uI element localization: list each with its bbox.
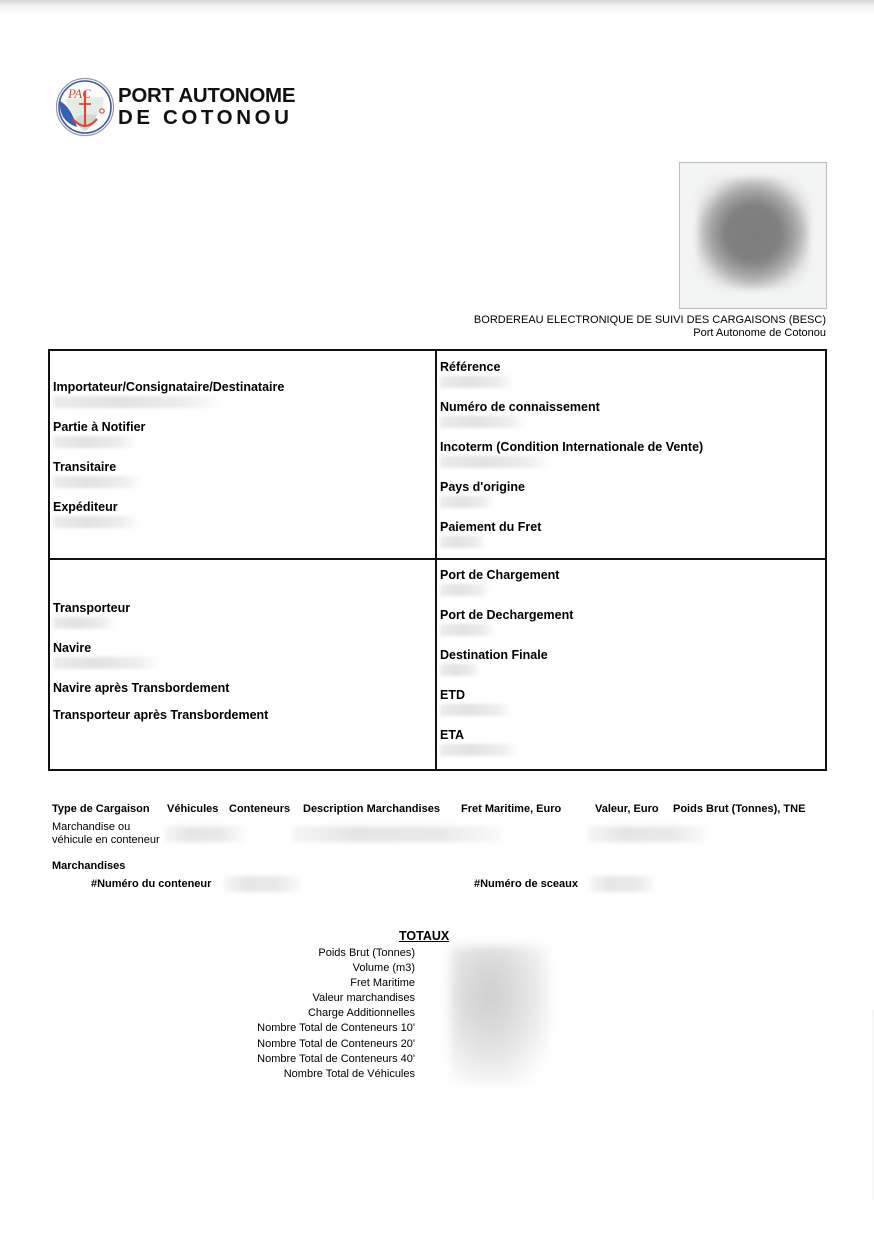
field-expediteur: Expéditeur xyxy=(53,500,139,528)
logo-title-line1: PORT AUTONOME xyxy=(118,86,295,107)
value-description-fret-redacted xyxy=(292,826,502,842)
document-heading: BORDEREAU ELECTRONIQUE DE SUIVI DES CARG… xyxy=(474,314,826,340)
label-navire: Navire xyxy=(53,641,159,656)
totals-title: TOTAUX xyxy=(399,929,449,943)
label-paiement-fret: Paiement du Fret xyxy=(440,520,541,535)
value-expediteur-redacted xyxy=(53,516,139,528)
label-expediteur: Expéditeur xyxy=(53,500,139,515)
value-port-dechargement-redacted xyxy=(440,624,496,636)
field-paiement-fret: Paiement du Fret xyxy=(440,520,541,548)
seal-number-label: #Numéro de sceaux xyxy=(474,878,578,890)
totals-values-redacted xyxy=(450,946,550,1084)
label-pays-origine: Pays d'origine xyxy=(440,480,525,495)
qr-code-redacted xyxy=(697,177,809,289)
label-transporteur-transbordement: Transporteur après Transbordement xyxy=(53,708,268,723)
ports-section: Port de Chargement Port de Dechargement … xyxy=(437,560,825,769)
col-conteneurs: Conteneurs xyxy=(229,803,290,815)
value-valeur-poids-redacted xyxy=(588,826,706,842)
value-vehicules-conteneurs-redacted xyxy=(165,826,243,842)
total-charge-label: Charge Additionnelles xyxy=(200,1006,415,1021)
value-navire-redacted xyxy=(53,657,159,669)
logo-title-line2: DE COTONOU xyxy=(118,108,295,129)
total-conteneurs-20-label: Nombre Total de Conteneurs 20' xyxy=(200,1037,415,1052)
total-conteneurs-40-label: Nombre Total de Conteneurs 40' xyxy=(200,1052,415,1067)
label-incoterm: Incoterm (Condition Internationale de Ve… xyxy=(440,440,703,455)
total-conteneurs-10-label: Nombre Total de Conteneurs 10' xyxy=(200,1021,415,1036)
field-incoterm: Incoterm (Condition Internationale de Ve… xyxy=(440,440,703,468)
references-section: Référence Numéro de connaissement Incote… xyxy=(437,351,825,560)
value-incoterm-redacted xyxy=(440,456,550,468)
label-reference: Référence xyxy=(440,360,514,375)
field-destination-finale: Destination Finale xyxy=(440,648,548,676)
label-navire-transbordement: Navire après Transbordement xyxy=(53,681,229,696)
total-valeur-label: Valeur marchandises xyxy=(200,991,415,1006)
field-transporteur: Transporteur xyxy=(53,601,130,629)
label-port-chargement: Port de Chargement xyxy=(440,568,559,583)
col-vehicules: Véhicules xyxy=(167,803,218,815)
cargo-row-type: Marchandise ou véhicule en conteneur xyxy=(52,821,160,846)
document-title: BORDEREAU ELECTRONIQUE DE SUIVI DES CARG… xyxy=(474,314,826,327)
value-importateur-redacted xyxy=(53,396,221,408)
value-transitaire-redacted xyxy=(53,476,141,488)
label-partie-notifier: Partie à Notifier xyxy=(53,420,145,435)
parties-section: Importateur/Consignataire/Destinataire P… xyxy=(50,351,437,560)
total-fret-maritime-label: Fret Maritime xyxy=(200,976,415,991)
transport-section: Transporteur Navire Navire après Transbo… xyxy=(50,560,437,769)
col-valeur: Valeur, Euro xyxy=(595,803,659,815)
col-poids-brut: Poids Brut (Tonnes), TNE xyxy=(673,803,805,815)
value-connaissement-redacted xyxy=(440,416,526,428)
label-importateur: Importateur/Consignataire/Destinataire xyxy=(53,380,284,395)
document-subtitle: Port Autonome de Cotonou xyxy=(474,327,826,340)
value-transporteur-redacted xyxy=(53,617,115,629)
field-etd: ETD xyxy=(440,688,512,716)
shipment-info-grid: Importateur/Consignataire/Destinataire P… xyxy=(48,349,827,771)
container-number-label: #Numéro du conteneur xyxy=(91,878,211,890)
field-pays-origine: Pays d'origine xyxy=(440,480,525,508)
value-paiement-fret-redacted xyxy=(440,536,486,548)
total-poids-brut-label: Poids Brut (Tonnes) xyxy=(200,946,415,961)
label-eta: ETA xyxy=(440,728,518,743)
value-port-chargement-redacted xyxy=(440,584,490,596)
field-navire: Navire xyxy=(53,641,159,669)
svg-text:PAC: PAC xyxy=(67,86,91,101)
field-connaissement: Numéro de connaissement xyxy=(440,400,600,428)
field-transitaire: Transitaire xyxy=(53,460,141,488)
value-eta-redacted xyxy=(440,744,518,756)
field-port-chargement: Port de Chargement xyxy=(440,568,559,596)
port-logo: PAC PORT AUTONOME DE COTONOU xyxy=(55,77,295,137)
total-volume-label: Volume (m3) xyxy=(200,961,415,976)
value-pays-origine-redacted xyxy=(440,496,494,508)
value-etd-redacted xyxy=(440,704,512,716)
value-reference-redacted xyxy=(440,376,514,388)
viewer-top-shadow xyxy=(0,0,874,14)
value-seal-number-redacted xyxy=(590,876,654,892)
field-importateur: Importateur/Consignataire/Destinataire xyxy=(53,380,284,408)
label-transitaire: Transitaire xyxy=(53,460,141,475)
field-port-dechargement: Port de Dechargement xyxy=(440,608,573,636)
value-destination-finale-redacted xyxy=(440,664,480,676)
col-type-cargaison: Type de Cargaison xyxy=(52,803,150,815)
col-fret-maritime: Fret Maritime, Euro xyxy=(461,803,561,815)
label-transporteur: Transporteur xyxy=(53,601,130,616)
label-connaissement: Numéro de connaissement xyxy=(440,400,600,415)
label-etd: ETD xyxy=(440,688,512,703)
totals-labels: Poids Brut (Tonnes) Volume (m3) Fret Mar… xyxy=(200,946,415,1082)
field-reference: Référence xyxy=(440,360,514,388)
qr-code xyxy=(679,162,827,309)
label-destination-finale: Destination Finale xyxy=(440,648,548,663)
field-transporteur-transbordement: Transporteur après Transbordement xyxy=(53,708,268,723)
field-navire-transbordement: Navire après Transbordement xyxy=(53,681,229,696)
field-eta: ETA xyxy=(440,728,518,756)
port-emblem-icon: PAC xyxy=(55,77,115,137)
value-partie-notifier-redacted xyxy=(53,436,137,448)
field-partie-notifier: Partie à Notifier xyxy=(53,420,145,448)
total-vehicules-label: Nombre Total de Véhicules xyxy=(200,1067,415,1082)
col-description: Description Marchandises xyxy=(303,803,440,815)
label-port-dechargement: Port de Dechargement xyxy=(440,608,573,623)
value-container-number-redacted xyxy=(224,876,300,892)
marchandises-label: Marchandises xyxy=(52,860,125,872)
